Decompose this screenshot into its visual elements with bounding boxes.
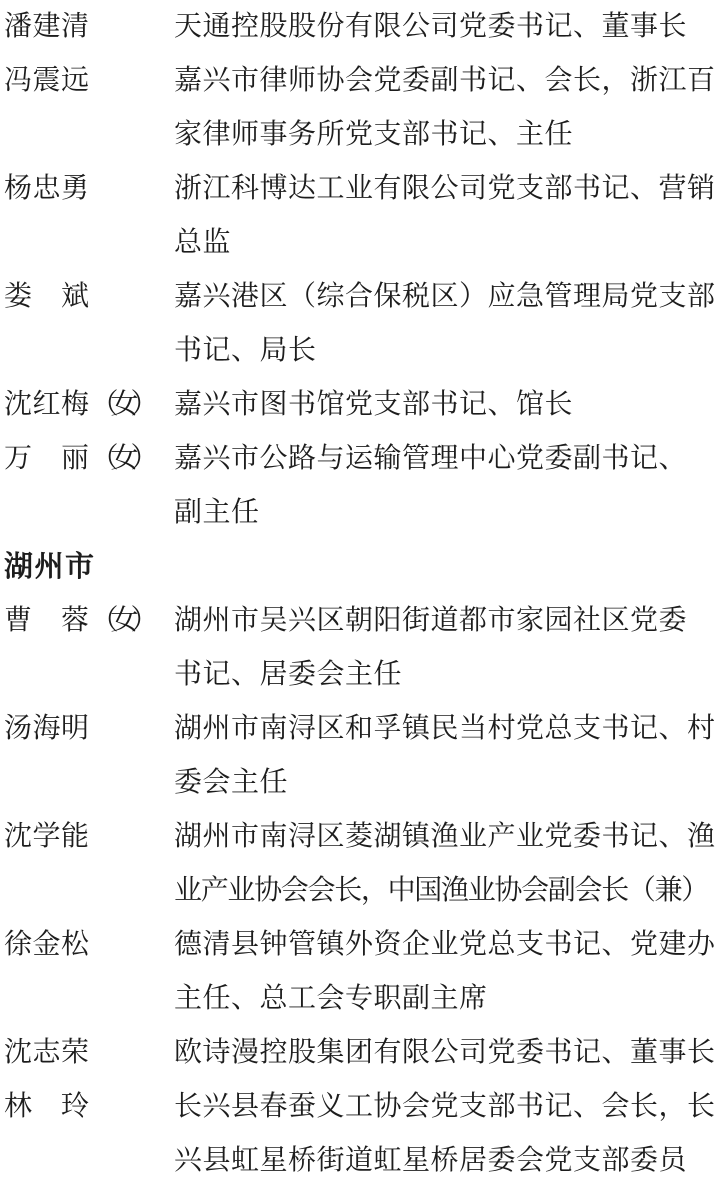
position-line: 嘉兴市公路与运输管理中心党委副书记、 (174, 432, 722, 486)
position-description: 欧诗漫控股集团有限公司党委书记、董事长 (174, 1026, 722, 1080)
person-name: 潘建清 (4, 0, 174, 54)
entry-row: 冯震远 嘉兴市律师协会党委副书记、会长，浙江百家律师事务所党支部书记、主任 (4, 54, 722, 162)
entry-row: 万 丽（女） 嘉兴市公路与运输管理中心党委副书记、副主任 (4, 432, 722, 540)
position-line: 兴县虹星桥街道虹星桥居委会党支部委员 (174, 1134, 722, 1187)
position-description: 浙江科博达工业有限公司党支部书记、营销总监 (174, 162, 722, 270)
gender-note: （女） (91, 389, 151, 420)
entry-row: 沈红梅（女） 嘉兴市图书馆党支部书记、馆长 (4, 378, 722, 432)
person-name-text: 沈红梅 (4, 389, 90, 420)
person-name-text: 沈志荣 (4, 1037, 90, 1068)
position-line: 家律师事务所党支部书记、主任 (174, 108, 722, 162)
person-name: 杨忠勇 (4, 162, 174, 216)
position-description: 嘉兴市图书馆党支部书记、馆长 (174, 378, 722, 432)
gender-note: （女） (91, 443, 151, 474)
section-header: 湖州市 (4, 540, 722, 594)
person-name-text: 杨忠勇 (4, 173, 90, 204)
person-name: 林 玲 (4, 1080, 174, 1134)
position-line: 嘉兴市图书馆党支部书记、馆长 (174, 378, 722, 432)
person-name-text: 万 丽 (4, 443, 90, 474)
position-description: 嘉兴市公路与运输管理中心党委副书记、副主任 (174, 432, 722, 540)
person-name-text: 徐金松 (4, 929, 90, 960)
position-description: 湖州市南浔区菱湖镇渔业产业党委书记、渔业产业协会会长，中国渔业协会副会长（兼） (174, 810, 722, 918)
position-description: 长兴县春蚕义工协会党支部书记、会长，长兴县虹星桥街道虹星桥居委会党支部委员 (174, 1080, 722, 1187)
entry-row: 沈志荣 欧诗漫控股集团有限公司党委书记、董事长 (4, 1026, 722, 1080)
position-line: 嘉兴市律师协会党委副书记、会长，浙江百 (174, 54, 722, 108)
position-line: 副主任 (174, 486, 722, 540)
person-name: 汤海明 (4, 702, 174, 756)
position-line: 总监 (174, 216, 722, 270)
position-line: 湖州市南浔区和孚镇民当村党总支书记、村 (174, 702, 722, 756)
entry-row: 林 玲 长兴县春蚕义工协会党支部书记、会长，长兴县虹星桥街道虹星桥居委会党支部委… (4, 1080, 722, 1187)
person-name-text: 冯震远 (4, 65, 90, 96)
position-description: 嘉兴港区（综合保税区）应急管理局党支部书记、局长 (174, 270, 722, 378)
entry-row: 娄 斌 嘉兴港区（综合保税区）应急管理局党支部书记、局长 (4, 270, 722, 378)
entry-row: 杨忠勇 浙江科博达工业有限公司党支部书记、营销总监 (4, 162, 722, 270)
position-line: 书记、局长 (174, 324, 722, 378)
position-line: 湖州市南浔区菱湖镇渔业产业党委书记、渔 (174, 810, 722, 864)
person-name-text: 娄 斌 (4, 281, 90, 312)
entry-row: 潘建清 天通控股股份有限公司党委书记、董事长 (4, 0, 722, 54)
gender-note: （女） (91, 605, 151, 636)
entry-row: 曹 蓉（女） 湖州市吴兴区朝阳街道都市家园社区党委书记、居委会主任 (4, 594, 722, 702)
person-name: 万 丽（女） (4, 432, 174, 486)
person-name-text: 沈学能 (4, 821, 90, 852)
entry-row: 沈学能 湖州市南浔区菱湖镇渔业产业党委书记、渔业产业协会会长，中国渔业协会副会长… (4, 810, 722, 918)
person-name-text: 汤海明 (4, 713, 90, 744)
position-description: 嘉兴市律师协会党委副书记、会长，浙江百家律师事务所党支部书记、主任 (174, 54, 722, 162)
position-line: 书记、居委会主任 (174, 648, 722, 702)
position-line: 湖州市吴兴区朝阳街道都市家园社区党委 (174, 594, 722, 648)
person-name-text: 林 玲 (4, 1091, 90, 1122)
position-line: 欧诗漫控股集团有限公司党委书记、董事长 (174, 1026, 722, 1080)
person-name: 娄 斌 (4, 270, 174, 324)
person-name-text: 曹 蓉 (4, 605, 90, 636)
position-line: 嘉兴港区（综合保税区）应急管理局党支部 (174, 270, 722, 324)
position-line: 德清县钟管镇外资企业党总支书记、党建办 (174, 918, 722, 972)
position-line: 浙江科博达工业有限公司党支部书记、营销 (174, 162, 722, 216)
position-line: 委会主任 (174, 756, 722, 810)
position-line: 主任、总工会专职副主席 (174, 972, 722, 1026)
position-line: 业产业协会会长，中国渔业协会副会长（兼） (174, 864, 722, 918)
position-description: 天通控股股份有限公司党委书记、董事长 (174, 0, 722, 54)
person-name: 沈志荣 (4, 1026, 174, 1080)
person-name: 曹 蓉（女） (4, 594, 174, 648)
position-description: 德清县钟管镇外资企业党总支书记、党建办主任、总工会专职副主席 (174, 918, 722, 1026)
document-page: 潘建清 天通控股股份有限公司党委书记、董事长 冯震远 嘉兴市律师协会党委副书记、… (0, 0, 725, 1187)
entry-row: 徐金松 德清县钟管镇外资企业党总支书记、党建办主任、总工会专职副主席 (4, 918, 722, 1026)
person-name: 徐金松 (4, 918, 174, 972)
position-description: 湖州市南浔区和孚镇民当村党总支书记、村委会主任 (174, 702, 722, 810)
person-name: 沈红梅（女） (4, 378, 174, 432)
person-name-text: 潘建清 (4, 11, 90, 42)
position-line: 天通控股股份有限公司党委书记、董事长 (174, 0, 722, 54)
person-name: 沈学能 (4, 810, 174, 864)
position-description: 湖州市吴兴区朝阳街道都市家园社区党委书记、居委会主任 (174, 594, 722, 702)
entry-row: 汤海明 湖州市南浔区和孚镇民当村党总支书记、村委会主任 (4, 702, 722, 810)
position-line: 长兴县春蚕义工协会党支部书记、会长，长 (174, 1080, 722, 1134)
person-name: 冯震远 (4, 54, 174, 108)
rows: 潘建清 天通控股股份有限公司党委书记、董事长 冯震远 嘉兴市律师协会党委副书记、… (4, 0, 722, 1187)
